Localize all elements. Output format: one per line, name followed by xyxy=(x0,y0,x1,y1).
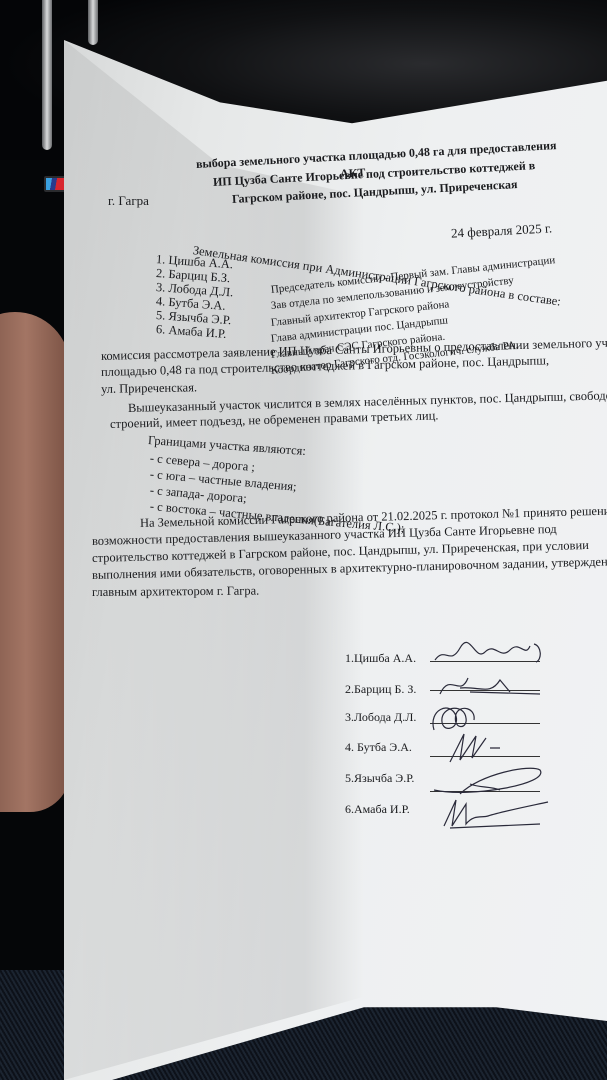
paragraph-line: ул. Приреченская. xyxy=(101,381,197,395)
signature-scribble xyxy=(430,764,550,798)
signature-scribble xyxy=(430,668,550,702)
signature-name: 2.Барциц Б. З. xyxy=(345,683,416,695)
signature-name: 1.Цишба А.А. xyxy=(345,652,416,664)
signature-name: 3.Лобода Д.Л. xyxy=(345,711,416,723)
signature-scribble xyxy=(430,796,550,830)
paragraph-line: главным архитектором г. Гагра. xyxy=(92,585,259,599)
signature-name: 4. Бутба Э.А. xyxy=(345,741,412,753)
signature-name: 5.Язычба Э.Р. xyxy=(345,772,414,784)
door-trim xyxy=(42,0,52,150)
signature-scribble xyxy=(430,730,550,764)
door-trim xyxy=(88,0,98,45)
signature-scribble xyxy=(430,636,550,670)
signature-scribble xyxy=(430,700,550,734)
holding-thumb xyxy=(0,312,70,812)
m-badge-icon xyxy=(44,176,66,192)
signature-name: 6.Амаба И.Р. xyxy=(345,803,410,815)
document-city: г. Гагра xyxy=(108,194,149,207)
